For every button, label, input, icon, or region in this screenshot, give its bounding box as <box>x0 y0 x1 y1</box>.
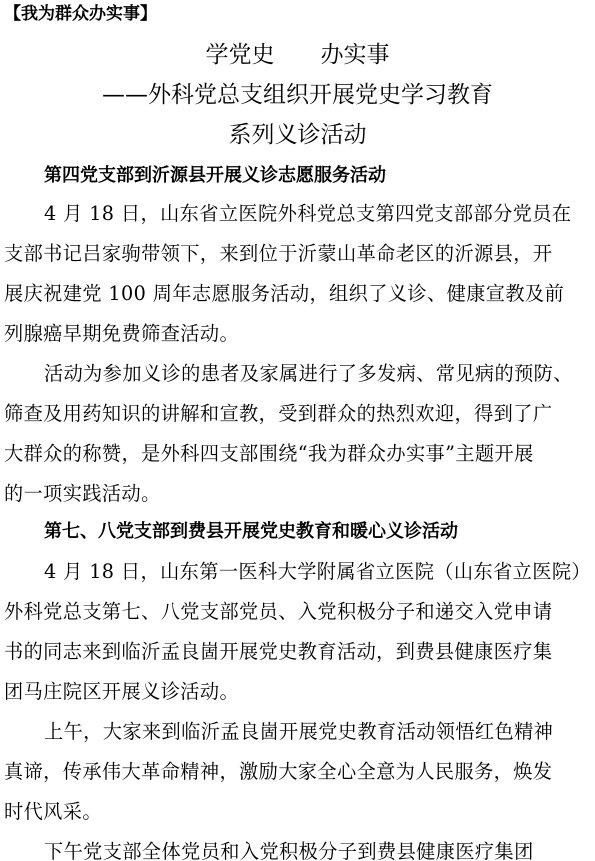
paragraph-line: 4 月 18 日，山东第一医科大学附属省立医院（山东省立医院） <box>44 560 591 584</box>
paragraph-line: 的一项实践活动。 <box>4 482 161 506</box>
paragraph-line: 团马庄院区开展义诊活动。 <box>4 680 239 704</box>
paragraph-line: 大群众的称赞，是外科四支部围绕“我为群众办实事”主题开展 <box>4 442 534 466</box>
paragraph-line: 时代风采。 <box>4 800 102 824</box>
paragraph-line: 支部书记吕家驹带领下，来到位于沂蒙山革命老区的沂源县，开 <box>4 242 552 266</box>
paragraph-line: 真谛，传承伟大革命精神，激励大家全心全意为人民服务，焕发 <box>4 760 552 784</box>
paragraph-line: 展庆祝建党 100 周年志愿服务活动，组织了义诊、健康宣教及前 <box>4 282 564 306</box>
section-heading-2: 第七、八党支部到费县开展党史教育和暖心义诊活动 <box>44 520 458 544</box>
paragraph-line: 下午党支部全体党员和入党积极分子到费县健康医疗集团 <box>44 840 534 861</box>
section-heading-1: 第四党支部到沂源县开展义诊志愿服务活动 <box>44 164 386 188</box>
paragraph-line: 4 月 18 日，山东省立医院外科党总支第四党支部部分党员在 <box>44 202 571 226</box>
paragraph-line: 书的同志来到临沂孟良崮开展党史教育活动，到费县健康医疗集 <box>4 640 552 664</box>
title-line-3: 系列义诊活动 <box>0 120 595 150</box>
title-line-1: 学党史 办实事 <box>0 40 595 70</box>
column-tag: 【我为群众办实事】 <box>4 3 157 25</box>
paragraph-line: 筛查及用药知识的讲解和宣教，受到群众的热烈欢迎，得到了广 <box>4 402 552 426</box>
paragraph-line: 上午，大家来到临沂孟良崮开展党史教育活动领悟红色精神 <box>44 720 553 744</box>
title-line-2: ——外科党总支组织开展党史学习教育 <box>0 80 595 110</box>
paragraph-line: 外科党总支第七、八党支部党员、入党积极分子和递交入党申请 <box>4 600 552 624</box>
paragraph-line: 列腺癌早期免费筛查活动。 <box>4 322 239 346</box>
paragraph-line: 活动为参加义诊的患者及家属进行了多发病、常见病的预防、 <box>44 362 573 386</box>
